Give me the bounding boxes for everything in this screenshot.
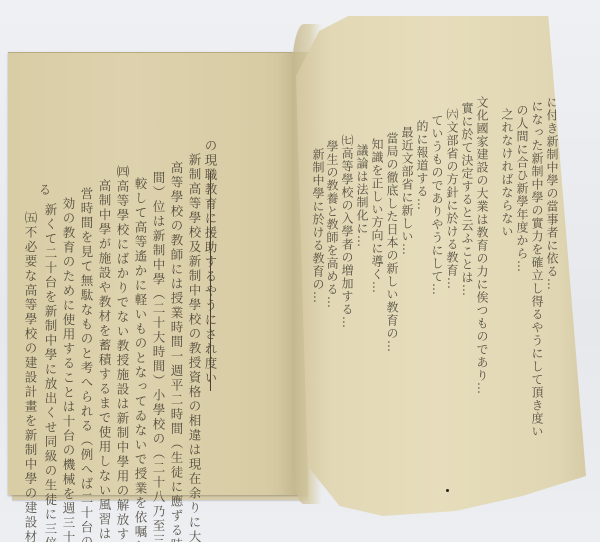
text-column: になった新制中學の實力を確立し得るやうにして頂き度い bbox=[531, 100, 543, 430]
text-column: ㈥文部省の方針に於ける教育… bbox=[446, 108, 458, 428]
text-column: 営時間を見て無駄なものと考へられる（例へば二十台の公の週十二時間済 bbox=[80, 187, 93, 487]
text-column: ㈤不必要な高等學校の建設計畫を新制中學の建設材料に對する必要が bbox=[24, 211, 37, 501]
text-column: に付き新制中學の當事者に依る… bbox=[546, 96, 558, 426]
text-column: ていうものでありやうにして… bbox=[431, 114, 443, 434]
text-column: 當局の徹底した日本の新しい教育の… bbox=[386, 132, 398, 452]
text-column: 實に於て決定すると云ふことは… bbox=[461, 102, 473, 422]
text-column: 之れなければならない bbox=[501, 108, 513, 308]
text-column: 文化國家建設の大業は教育の力に俟つものであり… bbox=[476, 96, 488, 416]
text-column: 最近文部省に新しい… bbox=[401, 126, 413, 446]
text-column: 新制高等學校及新制中學校の教授資格の相違は現在余りに大きい bbox=[188, 153, 201, 483]
text-column: 間）位は新制中學（二十大時間）小學校の（二十八乃至三十時間）教師と比 bbox=[152, 171, 165, 491]
text-column: 學生の教養と教師を高める… bbox=[326, 140, 338, 360]
text-column: 新制中學に於ける教育の… bbox=[312, 148, 324, 328]
margin-rule bbox=[210, 171, 211, 391]
text-column: の人間に合ひ新學年度から… bbox=[516, 104, 528, 404]
text-column: 較して高等遙かに軽いものとなってゐないで授業を依嘱し得るものと考へる bbox=[134, 177, 147, 487]
photo-scene: の現職教育に援助するやうにされ度い 新制高等學校及新制中學校の教授資格の相違は現… bbox=[0, 0, 600, 542]
text-column: ㈣高等學校にばかりでない教授施設は新制中學用の解放すること bbox=[116, 165, 129, 485]
text-column: ㈦高等學校の入學者の増加する… bbox=[341, 134, 353, 434]
ink-spot bbox=[446, 489, 449, 492]
text-column: 的に報道する… bbox=[416, 120, 428, 440]
text-column: 高制中學が施設や教材を蓄積するまで使用しない風習は日本獨特の経 bbox=[98, 179, 111, 489]
left-page: の現職教育に援助するやうにされ度い 新制高等學校及新制中學校の教授資格の相違は現… bbox=[8, 52, 308, 495]
text-column: 高等學校の教師には授業時間一週平二時間（生徒に應ずる時間は平十四時 bbox=[170, 161, 183, 491]
text-column: 新くて二十台を新制中學に放出くせ同級の生徒に三倍の利便を與へる事にな bbox=[44, 203, 57, 493]
text-column: 知識を正しい方向に導く… bbox=[371, 138, 383, 448]
text-column: る bbox=[38, 183, 51, 203]
text-column: 効の教育のために使用することは十台の機械を週三十六時間使用するのと等しく bbox=[62, 197, 75, 497]
right-page: に付き新制中學の當事者に依る… になった新制中學の實力を確立し得るやうにして頂き… bbox=[296, 16, 586, 516]
text-column: 議論は法制化に… bbox=[356, 144, 368, 444]
